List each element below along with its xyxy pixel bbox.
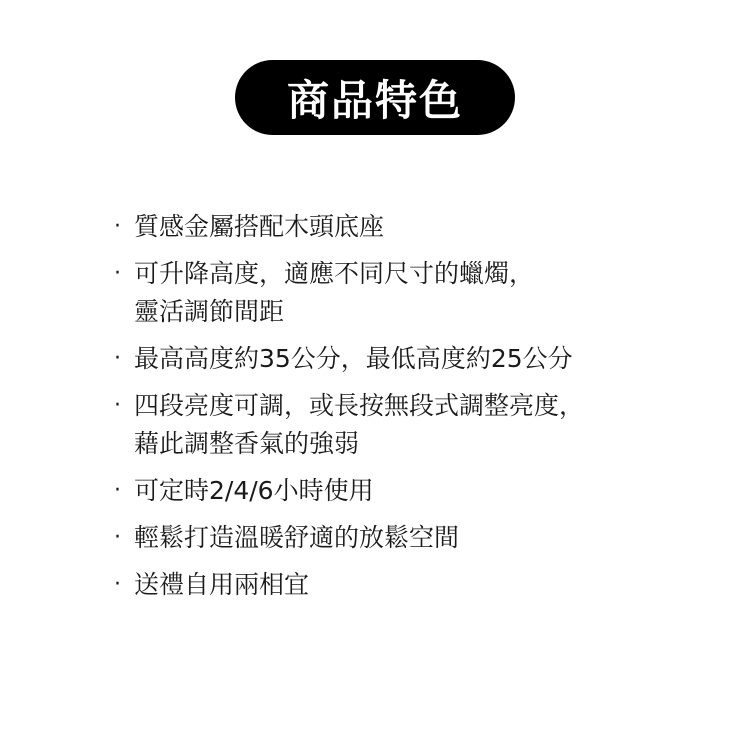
feature-list: · 質感金屬搭配木頭底座 · 可升降高度，適應不同尺寸的蠟燭， 靈活調節間距 ·…: [110, 208, 710, 613]
feature-item: · 送禮自用兩相宜: [110, 566, 710, 604]
bullet-icon: ·: [114, 208, 121, 246]
bullet-icon: ·: [114, 519, 121, 557]
feature-text-continued: 藉此調整香氣的強弱: [134, 425, 710, 463]
feature-item: · 可定時2/4/6小時使用: [110, 472, 710, 510]
section-title: 商品特色: [287, 68, 463, 128]
bullet-icon: ·: [114, 340, 121, 378]
bullet-icon: ·: [114, 387, 121, 425]
feature-text-continued: 靈活調節間距: [134, 293, 710, 331]
feature-item: · 可升降高度，適應不同尺寸的蠟燭， 靈活調節間距: [110, 255, 710, 331]
feature-text: 可定時2/4/6小時使用: [134, 472, 710, 510]
section-title-badge: 商品特色: [235, 60, 515, 135]
feature-item: · 最高高度約35公分，最低高度約25公分: [110, 340, 710, 378]
feature-item: · 四段亮度可調，或長按無段式調整亮度， 藉此調整香氣的強弱: [110, 387, 710, 463]
bullet-icon: ·: [114, 566, 121, 604]
feature-text: 最高高度約35公分，最低高度約25公分: [134, 340, 710, 378]
feature-item: · 質感金屬搭配木頭底座: [110, 208, 710, 246]
feature-text: 質感金屬搭配木頭底座: [134, 208, 710, 246]
feature-item: · 輕鬆打造溫暖舒適的放鬆空間: [110, 519, 710, 557]
feature-text: 輕鬆打造溫暖舒適的放鬆空間: [134, 519, 710, 557]
feature-text: 可升降高度，適應不同尺寸的蠟燭，: [134, 255, 710, 293]
feature-text: 送禮自用兩相宜: [134, 566, 710, 604]
bullet-icon: ·: [114, 472, 121, 510]
bullet-icon: ·: [114, 255, 121, 293]
feature-text: 四段亮度可調，或長按無段式調整亮度，: [134, 387, 710, 425]
